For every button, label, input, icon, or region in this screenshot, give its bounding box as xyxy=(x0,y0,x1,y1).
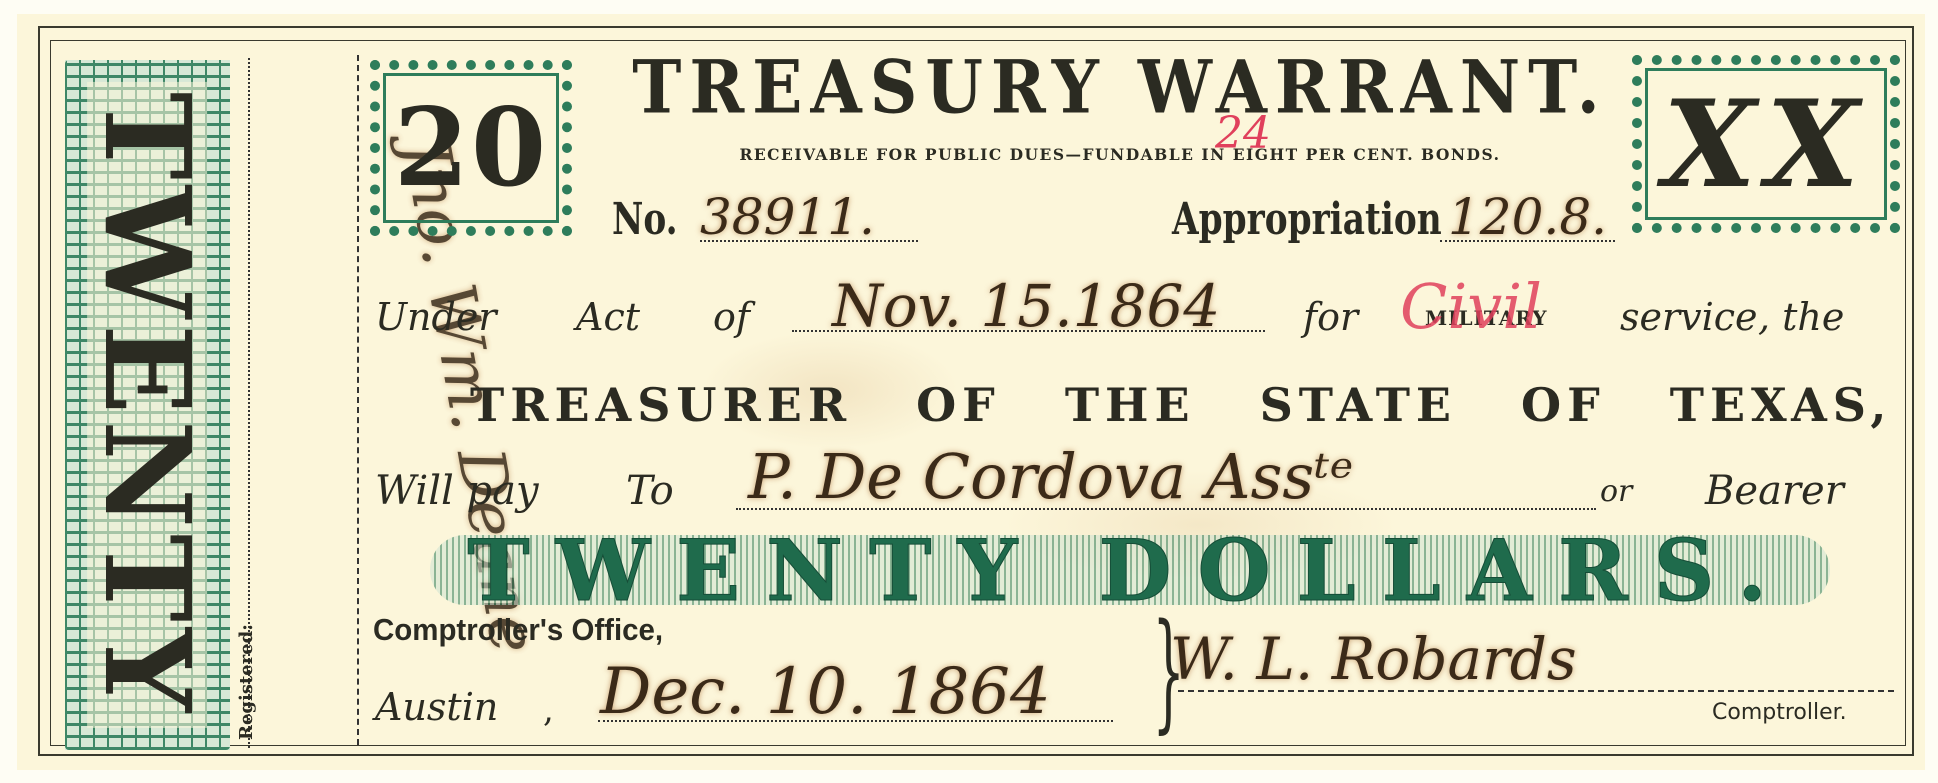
signature-line xyxy=(1178,690,1894,692)
act-date: Nov. 15.1864 xyxy=(832,272,1220,340)
issue-date: Dec. 10. 1864 xyxy=(600,655,1051,729)
registered-label: Registered: xyxy=(236,624,257,740)
denomination-box: 20 xyxy=(370,60,572,236)
denomination-roman: XX xyxy=(1663,74,1869,215)
service-label: service xyxy=(1620,295,1758,339)
side-word-text: TWENTY xyxy=(88,82,208,728)
treasurer-line: TREASURER OF THE STATE OF TEXAS, xyxy=(470,378,1850,432)
signature-title: Comptroller. xyxy=(1712,700,1847,725)
comptroller-signature: W. L. Robards xyxy=(1170,625,1577,693)
dashed-divider xyxy=(357,55,359,745)
service-correction: Civil xyxy=(1400,270,1542,343)
for-label: for xyxy=(1303,295,1358,339)
payee-name: P. De Cordova Assᵗᵉ xyxy=(748,440,1354,513)
amount-banner: TWENTY DOLLARS. xyxy=(430,515,1830,625)
act-label: Act xyxy=(576,295,640,339)
appropriation-label: Appropriation xyxy=(1172,194,1442,245)
document-title: TREASURY WARRANT. xyxy=(600,44,1640,130)
red-annotation: 24 xyxy=(1215,108,1271,159)
roman-denomination-box: XX xyxy=(1632,55,1900,233)
denomination-numeral: 20 xyxy=(394,85,548,211)
document-subtitle: RECEIVABLE FOR PUBLIC DUES—FUNDABLE IN E… xyxy=(600,145,1640,164)
place-label: Austin xyxy=(375,685,498,729)
appropriation-value: 120.8. xyxy=(1448,188,1607,246)
of-label: of xyxy=(713,295,750,339)
bearer-label: Bearer xyxy=(1705,468,1844,514)
will-pay-label: Will pay xyxy=(375,468,539,514)
warrant-number: 38911. xyxy=(700,188,875,246)
place-comma: , xyxy=(543,690,554,730)
to-label: To xyxy=(626,468,674,514)
amount-words: TWENTY DOLLARS. xyxy=(467,521,1792,620)
office-label: Comptroller's Office, xyxy=(373,612,663,648)
under-label: Under xyxy=(375,295,496,339)
the-label: , the xyxy=(1758,295,1844,339)
number-label: No. xyxy=(612,194,678,245)
side-word: TWENTY xyxy=(65,60,230,750)
or-label: or xyxy=(1600,474,1632,509)
